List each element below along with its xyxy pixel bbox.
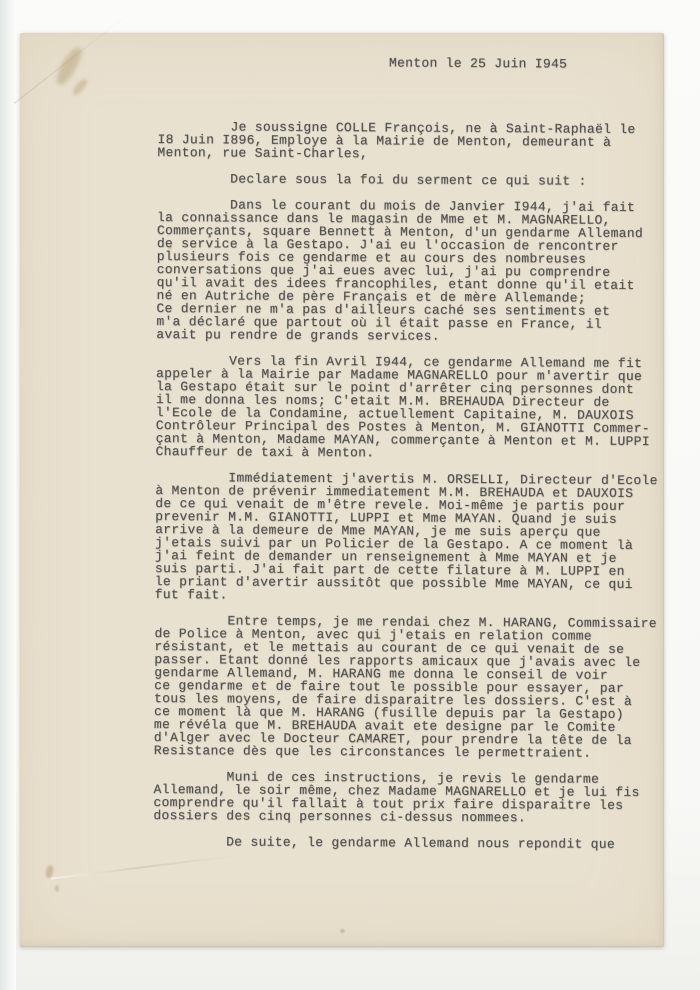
paragraph-instructions: Muni de ces instructions, je revis le ge… bbox=[153, 770, 653, 825]
paragraph-declarant-identity: Je soussigne COLLE François, ne à Saint-… bbox=[157, 120, 657, 162]
paragraph-april-1944-warning: Vers la fin Avril I944, ce gendarme Alle… bbox=[156, 354, 657, 461]
paragraph-warning-the-five: Immédiatement j'avertis M. ORSELLI, Dire… bbox=[155, 471, 656, 604]
paragraph-harang-meeting: Entre temps, je me rendai chez M. HARANG… bbox=[154, 614, 655, 760]
scanner-edge-shadow bbox=[0, 0, 16, 990]
paragraph-gendarme-reply: De suite, le gendarme Allemand nous repo… bbox=[153, 835, 653, 851]
document-page: Menton le 25 Juin I945 Je soussigne COLL… bbox=[20, 33, 664, 947]
stain-mark bbox=[71, 77, 90, 97]
paragraph-oath-statement: Declare sous la foi du serment ce qui su… bbox=[157, 172, 657, 188]
typewritten-text-block: Menton le 25 Juin I945 Je soussigne COLL… bbox=[153, 55, 658, 864]
paragraph-january-1944: Dans le courant du mois de Janvier I944,… bbox=[156, 198, 657, 344]
stain-mark bbox=[340, 929, 345, 933]
stain-mark bbox=[55, 885, 59, 892]
dateline: Menton le 25 Juin I945 bbox=[158, 55, 658, 71]
